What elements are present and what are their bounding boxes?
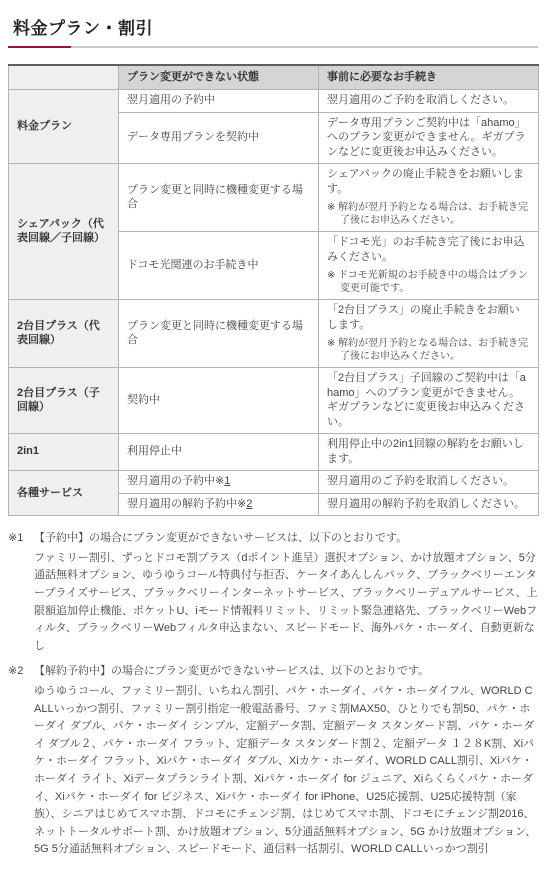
state-cell: プラン変更と同時に機種変更する場合 [119, 164, 319, 232]
footnote-item: ※1【予約中】の場合にプラン変更ができないサービスは、以下のとおりです。ファミリ… [8, 530, 538, 655]
state-cell: 翌月適用の予約中 [119, 90, 319, 113]
footnote-heading: 【解約予約中】の場合にプラン変更ができないサービスは、以下のとおりです。 [34, 663, 538, 681]
corner-cell [9, 65, 119, 90]
procedure-cell: 翌月適用のご予約を取消しください。 [319, 90, 539, 113]
state-cell: プラン変更と同時に機種変更する場合 [119, 300, 319, 368]
procedure-cell: 「2台目プラス」の廃止手続きをお願いします。※ 解約が翌月予約となる場合は、お手… [319, 300, 539, 368]
table-row: シェアパック（代表回線／子回線）プラン変更と同時に機種変更する場合シェアパックの… [9, 164, 539, 232]
procedure-text: データ専用プランご契約中は「ahamo」へのプラン変更ができません。ギガプランな… [327, 116, 530, 160]
page-title: 料金プラン・割引 [13, 14, 538, 46]
footnote-body: ファミリー割引、ずっとドコモ割プラス（dポイント進呈）選択オプション、かけ放題オ… [34, 550, 538, 656]
state-cell: 翌月適用の予約中※1 [119, 471, 319, 494]
footnote-ref-link[interactable]: 2 [246, 498, 252, 510]
procedure-cell: 翌月適用の解約予約を取消しください。 [319, 493, 539, 516]
row-group-label: シェアパック（代表回線／子回線） [9, 164, 119, 300]
plan-table-body: 料金プラン翌月適用の予約中翌月適用のご予約を取消しください。データ専用プランを契… [9, 90, 539, 516]
procedure-text: 「2台目プラス」子回線のご契約中は「ahamo」へのプラン変更ができません。ギガ… [327, 371, 530, 429]
table-row: 2台目プラス（子回線）契約中「2台目プラス」子回線のご契約中は「ahamo」への… [9, 368, 539, 434]
procedure-note: ※ ドコモ光新規のお手続き中の場合はプラン変更可能です。 [327, 269, 530, 295]
procedure-text: 翌月適用のご予約を取消しください。 [327, 93, 530, 108]
footnote-ref-link[interactable]: 1 [224, 475, 230, 487]
footnote-heading: 【予約中】の場合にプラン変更ができないサービスは、以下のとおりです。 [34, 530, 538, 548]
row-group-label: 各種サービス [9, 471, 119, 516]
footnote-marker: ※2 [8, 663, 23, 681]
procedure-cell: 「ドコモ光」のお手続き完了後にお申込みください。※ ドコモ光新規のお手続き中の場… [319, 232, 539, 300]
procedure-text: 利用停止中の2in1回線の解約をお願いします。 [327, 437, 530, 466]
footnote-ref-marker: ※ [237, 498, 246, 510]
footnote-body: ゆうゆうコール、ファミリー割引、いちねん割引、パケ・ホーダイ、パケ・ホーダイフル… [34, 683, 538, 859]
page-container: 料金プラン・割引 プラン変更ができない状態 事前に必要なお手続き 料金プラン翌月… [0, 0, 546, 877]
footnote-item: ※2【解約予約中】の場合にプラン変更ができないサービスは、以下のとおりです。ゆう… [8, 663, 538, 859]
table-header-row: プラン変更ができない状態 事前に必要なお手続き [9, 65, 539, 90]
procedure-cell: 翌月適用のご予約を取消しください。 [319, 471, 539, 494]
column-header-procedure: 事前に必要なお手続き [319, 65, 539, 90]
procedure-text: 「ドコモ光」のお手続き完了後にお申込みください。 [327, 235, 530, 264]
state-cell: 翌月適用の解約予約中※2 [119, 493, 319, 516]
footnote-marker: ※1 [8, 530, 23, 548]
procedure-text: 翌月適用のご予約を取消しください。 [327, 474, 530, 489]
procedure-cell: 「2台目プラス」子回線のご契約中は「ahamo」へのプラン変更ができません。ギガ… [319, 368, 539, 434]
footnotes: ※1【予約中】の場合にプラン変更ができないサービスは、以下のとおりです。ファミリ… [8, 530, 538, 859]
table-row: 各種サービス翌月適用の予約中※1翌月適用のご予約を取消しください。 [9, 471, 539, 494]
row-group-label: 料金プラン [9, 90, 119, 164]
procedure-note: ※ 解約が翌月予約となる場合は、お手続き完了後にお申込みください。 [327, 337, 530, 363]
footnote-ref-marker: ※ [215, 475, 224, 487]
procedure-cell: データ専用プランご契約中は「ahamo」へのプラン変更ができません。ギガプランな… [319, 112, 539, 164]
column-header-state: プラン変更ができない状態 [119, 65, 319, 90]
procedure-text: シェアパックの廃止手続きをお願いします。 [327, 167, 530, 196]
title-underline [8, 46, 538, 48]
procedure-note: ※ 解約が翌月予約となる場合は、お手続き完了後にお申込みください。 [327, 201, 530, 227]
row-group-label: 2台目プラス（子回線） [9, 368, 119, 434]
row-group-label: 2in1 [9, 434, 119, 471]
table-row: 料金プラン翌月適用の予約中翌月適用のご予約を取消しください。 [9, 90, 539, 113]
table-row: 2台目プラス（代表回線）プラン変更と同時に機種変更する場合「2台目プラス」の廃止… [9, 300, 539, 368]
procedure-text: 翌月適用の解約予約を取消しください。 [327, 497, 530, 512]
title-underline-accent [8, 46, 71, 48]
state-cell: 契約中 [119, 368, 319, 434]
page-header: 料金プラン・割引 [8, 14, 538, 48]
procedure-cell: 利用停止中の2in1回線の解約をお願いします。 [319, 434, 539, 471]
state-cell: ドコモ光関連のお手続き中 [119, 232, 319, 300]
state-cell: データ専用プランを契約中 [119, 112, 319, 164]
plan-table: プラン変更ができない状態 事前に必要なお手続き 料金プラン翌月適用の予約中翌月適… [8, 64, 539, 516]
procedure-cell: シェアパックの廃止手続きをお願いします。※ 解約が翌月予約となる場合は、お手続き… [319, 164, 539, 232]
row-group-label: 2台目プラス（代表回線） [9, 300, 119, 368]
procedure-text: 「2台目プラス」の廃止手続きをお願いします。 [327, 303, 530, 332]
table-row: 2in1利用停止中利用停止中の2in1回線の解約をお願いします。 [9, 434, 539, 471]
state-cell: 利用停止中 [119, 434, 319, 471]
